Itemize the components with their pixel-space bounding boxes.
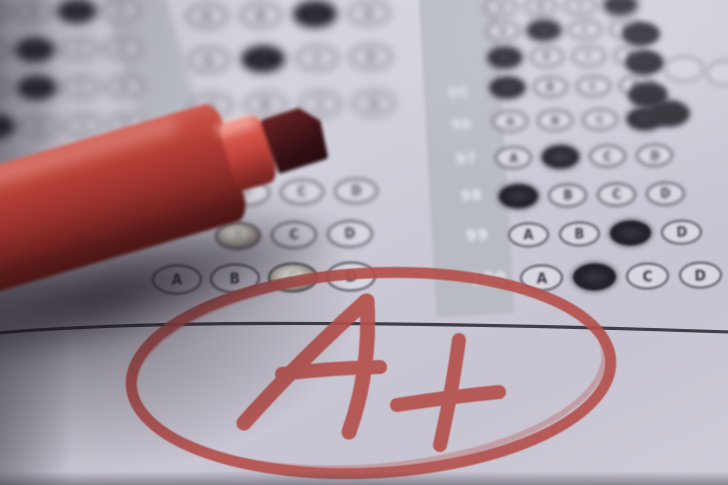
answer-sheet-photo: 9596979899100 ABCDABCDABCDABCD ABCDABCDA… [0,0,728,485]
grade-letter-a-crossbar [282,367,380,374]
sheet-bottom-edge-shadow [0,471,728,485]
